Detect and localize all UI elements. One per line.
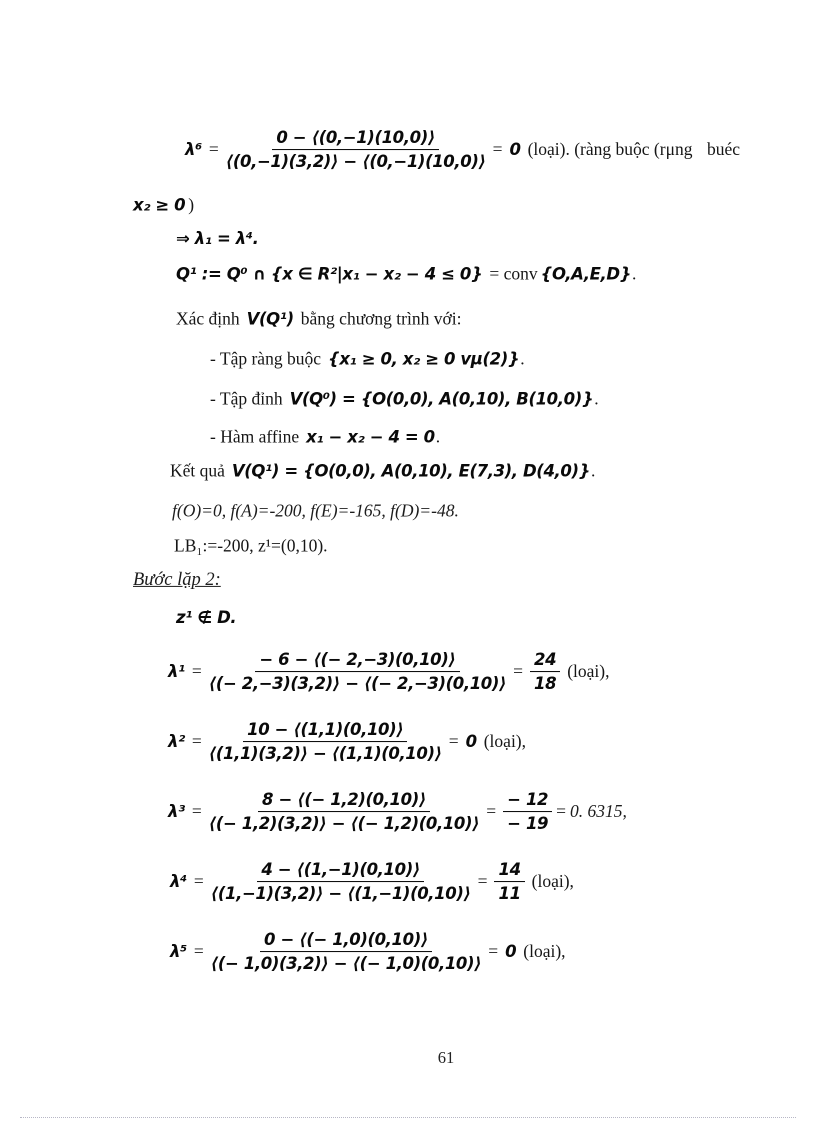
implication-line: ⇒ λ₁ = λ⁴. — [176, 229, 259, 249]
conv-label: = conv — [489, 264, 537, 285]
fraction-denominator: ⟨(− 1,2)(3,2)⟩ − ⟨(− 1,2)(0,10)⟩ — [209, 813, 480, 835]
iteration-heading: Bước lặp 2: — [133, 569, 221, 591]
lambda1-symbol: λ¹ — [168, 662, 185, 682]
equals-sign: = — [192, 732, 202, 753]
rejection-note: (loại), — [523, 942, 565, 963]
document-page: λ⁶ = 0 − ⟨(0,−1)(10,0)⟩ ⟨(0,−1)(3,2)⟩ − … — [0, 0, 816, 1123]
page-number: 61 — [76, 1048, 816, 1068]
lambda2-symbol: λ² — [168, 732, 185, 752]
period: . — [520, 349, 524, 370]
constraint-set-math: {x₁ ≥ 0, x₂ ≥ 0 vμ(2)} — [328, 349, 519, 369]
result-fraction: 24 18 — [530, 649, 560, 695]
equals-sign: = — [192, 802, 202, 823]
rejection-note: (loại), — [567, 662, 609, 683]
fraction-denominator: ⟨(− 2,−3)(3,2)⟩ − ⟨(− 2,−3)(0,10)⟩ — [209, 673, 506, 695]
q1-definition-line: Q¹ := Q⁰ ∩ {x ∈ R²|x₁ − x₂ − 4 ≤ 0} = co… — [176, 264, 636, 285]
fraction: 4 − ⟨(1,−1)(0,10)⟩ ⟨(1,−1)(3,2)⟩ − ⟨(1,−… — [211, 859, 471, 905]
equation-lambda5: λ⁵ = 0 − ⟨(− 1,0)(0,10)⟩ ⟨(− 1,0)(3,2)⟩ … — [170, 929, 566, 975]
result-fraction: − 12 − 19 — [503, 789, 552, 835]
iteration-heading-text: Bước lặp 2: — [133, 569, 221, 591]
conv-set-math: {O,A,E,D} — [541, 264, 631, 284]
period: . — [594, 389, 598, 410]
lambda6-symbol: λ⁶ — [185, 140, 202, 160]
fraction-numerator: 8 − ⟨(− 1,2)(0,10)⟩ — [258, 789, 430, 812]
fraction-denominator: ⟨(0,−1)(3,2)⟩ − ⟨(0,−1)(10,0)⟩ — [226, 151, 486, 173]
affine-math: x₁ − x₂ − 4 = 0 — [306, 427, 435, 447]
equals-sign: = — [194, 942, 204, 963]
equals-sign: = — [449, 732, 459, 753]
fraction-numerator: 4 − ⟨(1,−1)(0,10)⟩ — [257, 859, 424, 882]
result-value: 0 — [509, 140, 520, 160]
equals-sign: = — [209, 140, 219, 161]
equals-sign: = — [478, 872, 488, 893]
equals-sign: = — [493, 140, 503, 161]
result-numerator: 14 — [494, 859, 524, 882]
result-numerator: − 12 — [503, 789, 552, 812]
equation-lambda6: λ⁶ = 0 − ⟨(0,−1)(10,0)⟩ ⟨(0,−1)(3,2)⟩ − … — [185, 127, 740, 173]
closing-paren: ) — [188, 195, 194, 216]
objective-values-text: f(O)=0, f(A)=-200, f(E)=-165, f(D)=-48. — [172, 501, 459, 522]
label-text: bằng chương trình với: — [301, 309, 462, 330]
lambda5-symbol: λ⁵ — [170, 942, 187, 962]
lambda3-symbol: λ³ — [168, 802, 185, 822]
result-value: 0 — [466, 732, 477, 752]
result-numerator: 24 — [530, 649, 560, 672]
label-text: Kết quả — [170, 461, 225, 482]
period: . — [632, 264, 636, 285]
lambda4-symbol: λ⁴ — [170, 872, 187, 892]
objective-values-line: f(O)=0, f(A)=-200, f(E)=-165, f(D)=-48. — [172, 501, 459, 522]
z-not-in-d-math: z¹ ∉ D. — [176, 608, 236, 628]
bullet-label: - Hàm affine — [210, 427, 299, 448]
result-value: 0 — [505, 942, 516, 962]
result-fraction: 14 11 — [494, 859, 524, 905]
label-text: Xác định — [176, 309, 240, 330]
result-set-math: V(Q¹) = {O(0,0), A(0,10), E(7,3), D(4,0)… — [232, 461, 590, 481]
fraction-numerator: − 6 − ⟨(− 2,−3)(0,10)⟩ — [255, 649, 459, 672]
fraction-denominator: ⟨(− 1,0)(3,2)⟩ − ⟨(− 1,0)(0,10)⟩ — [211, 953, 482, 975]
equals-sign: = — [513, 662, 523, 683]
fraction-numerator: 10 − ⟨(1,1)(0,10)⟩ — [243, 719, 407, 742]
vertex-list-math: V(Q⁰) = {O(0,0), A(0,10), B(10,0)} — [290, 389, 594, 409]
fraction: 0 − ⟨(0,−1)(10,0)⟩ ⟨(0,−1)(3,2)⟩ − ⟨(0,−… — [226, 127, 486, 173]
fraction: 0 − ⟨(− 1,0)(0,10)⟩ ⟨(− 1,0)(3,2)⟩ − ⟨(−… — [211, 929, 482, 975]
fraction-denominator: ⟨(1,1)(3,2)⟩ − ⟨(1,1)(0,10)⟩ — [209, 743, 442, 765]
equals-sign: = — [486, 802, 496, 823]
affine-function-item: - Hàm affine x₁ − x₂ − 4 = 0 . — [210, 427, 440, 448]
rejection-note: (loại). (ràng buộc (rμng — [528, 140, 693, 161]
scan-artifact-line — [20, 1117, 796, 1118]
implication-math: ⇒ λ₁ = λ⁴. — [176, 229, 259, 249]
vertex-set-math: V(Q¹) — [247, 309, 294, 329]
lower-bound-line: LB₁:=-200, z¹=(0,10). — [174, 536, 328, 557]
equals-sign: = — [194, 872, 204, 893]
wrapped-word: buéc — [707, 140, 740, 161]
result-denominator: 11 — [498, 883, 520, 905]
equals-sign: = — [192, 662, 202, 683]
decimal-result: 0. 6315, — [570, 802, 627, 823]
constraint-set-item: - Tập ràng buộc {x₁ ≥ 0, x₂ ≥ 0 vμ(2)} . — [210, 349, 525, 370]
lower-bound-text: LB₁:=-200, z¹=(0,10). — [174, 536, 328, 557]
rejection-note: (loại), — [532, 872, 574, 893]
equation-lambda1: λ¹ = − 6 − ⟨(− 2,−3)(0,10)⟩ ⟨(− 2,−3)(3,… — [168, 649, 609, 695]
determine-line: Xác định V(Q¹) bằng chương trình với: — [176, 309, 461, 330]
equation-lambda3: λ³ = 8 − ⟨(− 1,2)(0,10)⟩ ⟨(− 1,2)(3,2)⟩ … — [168, 789, 627, 835]
result-line: Kết quả V(Q¹) = {O(0,0), A(0,10), E(7,3)… — [170, 461, 595, 482]
fraction-numerator: 0 − ⟨(− 1,0)(0,10)⟩ — [260, 929, 432, 952]
constraint-continuation: x₂ ≥ 0 ) — [133, 195, 194, 216]
equation-lambda2: λ² = 10 − ⟨(1,1)(0,10)⟩ ⟨(1,1)(3,2)⟩ − ⟨… — [168, 719, 526, 765]
equals-sign: = — [556, 802, 566, 823]
rejection-note: (loại), — [484, 732, 526, 753]
fraction-denominator: ⟨(1,−1)(3,2)⟩ − ⟨(1,−1)(0,10)⟩ — [211, 883, 471, 905]
period: . — [436, 427, 440, 448]
fraction-numerator: 0 − ⟨(0,−1)(10,0)⟩ — [272, 127, 439, 150]
z-not-in-d-line: z¹ ∉ D. — [176, 608, 236, 628]
period: . — [591, 461, 595, 482]
equation-lambda4: λ⁴ = 4 − ⟨(1,−1)(0,10)⟩ ⟨(1,−1)(3,2)⟩ − … — [170, 859, 574, 905]
equals-sign: = — [488, 942, 498, 963]
fraction: 8 − ⟨(− 1,2)(0,10)⟩ ⟨(− 1,2)(3,2)⟩ − ⟨(−… — [209, 789, 480, 835]
vertex-set-item: - Tập đỉnh V(Q⁰) = {O(0,0), A(0,10), B(1… — [210, 389, 599, 410]
constraint-math: x₂ ≥ 0 — [133, 195, 185, 215]
bullet-label: - Tập ràng buộc — [210, 349, 321, 370]
bullet-label: - Tập đỉnh — [210, 389, 283, 410]
fraction: − 6 − ⟨(− 2,−3)(0,10)⟩ ⟨(− 2,−3)(3,2)⟩ −… — [209, 649, 506, 695]
result-denominator: 18 — [534, 673, 556, 695]
fraction: 10 − ⟨(1,1)(0,10)⟩ ⟨(1,1)(3,2)⟩ − ⟨(1,1)… — [209, 719, 442, 765]
q1-set-math: Q¹ := Q⁰ ∩ {x ∈ R²|x₁ − x₂ − 4 ≤ 0} — [176, 264, 482, 284]
result-denominator: − 19 — [507, 813, 548, 835]
